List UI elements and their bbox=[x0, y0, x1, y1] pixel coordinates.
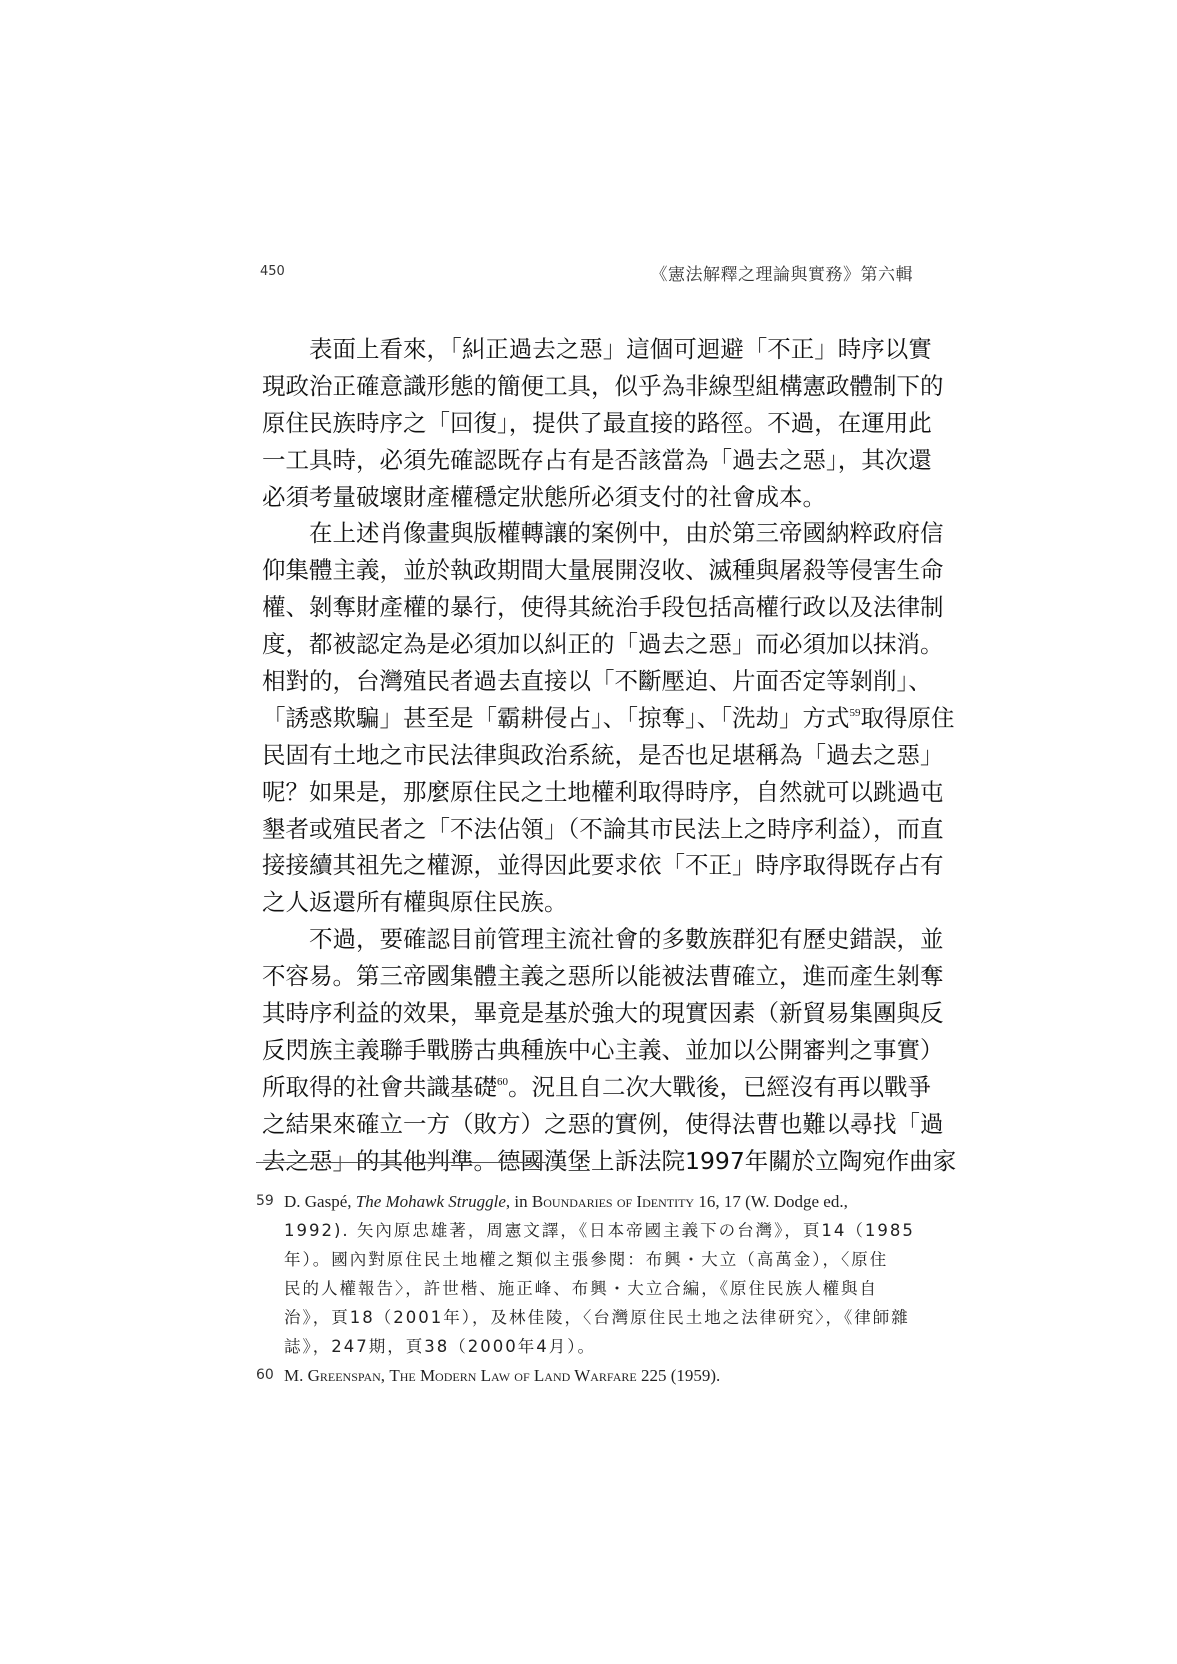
page-number: 450 bbox=[260, 264, 285, 279]
footnote-author: M. Greenspan, bbox=[284, 1366, 385, 1385]
body-line: 一工具時，必須先確認既存占有是否該當為「過去之惡」，其次還 bbox=[262, 442, 914, 479]
body-line: 接接續其祖先之權源，並得因此要求依「不正」時序取得既存占有 bbox=[262, 847, 914, 884]
body-line: 權、剝奪財產權的暴行，使得其統治手段包括高權行政以及法律制 bbox=[262, 589, 914, 626]
footnote-citation: 225 (1959). bbox=[637, 1366, 721, 1385]
body-line: 必須考量破壞財產權穩定狀態所必須支付的社會成本。 bbox=[262, 479, 914, 516]
body-line: 之結果來確立一方（敗方）之惡的實例，使得法曹也難以尋找「過 bbox=[262, 1106, 914, 1143]
body-line: 不過，要確認目前管理主流社會的多數族群犯有歷史錯誤，並 bbox=[262, 921, 914, 958]
body-line: 仰集體主義，並於執政期間大量展開沒收、滅種與屠殺等侵害生命 bbox=[262, 552, 914, 589]
footnote-line: M. Greenspan, The Modern Law of Land War… bbox=[284, 1361, 916, 1390]
body-line: 之人返還所有權與原住民族。 bbox=[262, 884, 914, 921]
footnote-ref-59[interactable]: 59 bbox=[850, 707, 861, 719]
footnote-59: 59 D. Gaspé, The Mohawk Struggle, in Bou… bbox=[256, 1187, 916, 1361]
body-line: 度，都被認定為是必須加以糾正的「過去之惡」而必須加以抹消。 bbox=[262, 626, 914, 663]
footnote-60: 60 M. Greenspan, The Modern Law of Land … bbox=[256, 1361, 916, 1390]
body-line: 其時序利益的效果，畢竟是基於強大的現實因素（新貿易集團與反 bbox=[262, 995, 914, 1032]
body-line: 表面上看來，「糾正過去之惡」這個可迴避「不正」時序以實 bbox=[262, 331, 914, 368]
body-line: 所取得的社會共識基礎60。況且自二次大戰後，已經沒有再以戰爭 bbox=[262, 1069, 914, 1106]
footnote-line: 1992). 矢內原忠雄著，周憲文譯，《日本帝國主義下の台灣》，頁14（1985 bbox=[284, 1216, 916, 1245]
footnote-divider bbox=[256, 1162, 546, 1163]
body-line: 不容易。第三帝國集體主義之惡所以能被法曹確立，進而產生剝奪 bbox=[262, 958, 914, 995]
body-line: 墾者或殖民者之「不法佔領」（不論其市民法上之時序利益），而直 bbox=[262, 811, 914, 848]
footnote-article-title: The Mohawk Struggle bbox=[356, 1192, 506, 1211]
body-line-text: 所取得的社會共識基礎 bbox=[262, 1073, 497, 1101]
body-line: 「誘惑欺騙」甚至是「霸耕侵占」、「掠奪」、「洗劫」方式59取得原住 bbox=[262, 700, 914, 737]
body-line-text: 取得原住 bbox=[861, 704, 955, 732]
running-title: 《憲法解釋之理論與實務》第六輯 bbox=[651, 260, 914, 285]
footnote-ref-60[interactable]: 60 bbox=[497, 1076, 508, 1088]
footnote-book-title: Boundaries of Identity bbox=[532, 1192, 694, 1211]
footnote-number: 59 bbox=[256, 1187, 274, 1216]
body-line: 相對的，台灣殖民者過去直接以「不斷壓迫、片面否定等剝削」、 bbox=[262, 663, 914, 700]
footnote-in: , in bbox=[506, 1192, 532, 1211]
footnote-line: 年）。國內對原住民土地權之類似主張參閱：布興・大立（高萬金），〈原住 bbox=[284, 1245, 916, 1274]
footnote-citation: 16, 17 (W. Dodge ed., bbox=[694, 1192, 848, 1211]
body-line: 反閃族主義聯手戰勝古典種族中心主義、並加以公開審判之事實） bbox=[262, 1032, 914, 1069]
body-line: 現政治正確意識形態的簡便工具，似乎為非線型組構憲政體制下的 bbox=[262, 368, 914, 405]
body-line: 民固有土地之市民法律與政治系統，是否也足堪稱為「過去之惡」 bbox=[262, 737, 914, 774]
footnote-author: D. Gaspé, bbox=[284, 1192, 352, 1211]
body-line-text: 「誘惑欺騙」甚至是「霸耕侵占」、「掠奪」、「洗劫」方式 bbox=[262, 704, 850, 732]
body-line: 呢？如果是，那麼原住民之土地權利取得時序，自然就可以跳過屯 bbox=[262, 774, 914, 811]
footnote-number: 60 bbox=[256, 1361, 274, 1390]
body-line: 原住民族時序之「回復」，提供了最直接的路徑。不過，在運用此 bbox=[262, 405, 914, 442]
footnote-line: 治》，頁18（2001年），及林佳陵，〈台灣原住民土地之法律研究〉，《律師雜 bbox=[284, 1303, 916, 1332]
body-line-text: 。況且自二次大戰後，已經沒有再以戰爭 bbox=[508, 1073, 931, 1101]
body-text: 表面上看來，「糾正過去之惡」這個可迴避「不正」時序以實 現政治正確意識形態的簡便… bbox=[262, 331, 914, 1179]
footnote-line: 誌》，247期，頁38（2000年4月）。 bbox=[284, 1332, 916, 1361]
footnotes: 59 D. Gaspé, The Mohawk Struggle, in Bou… bbox=[256, 1187, 916, 1390]
footnote-line: D. Gaspé, The Mohawk Struggle, in Bounda… bbox=[284, 1187, 916, 1216]
footnote-book-title: The Modern Law of Land Warfare bbox=[389, 1366, 636, 1385]
body-line: 在上述肖像畫與版權轉讓的案例中，由於第三帝國納粹政府信 bbox=[262, 515, 914, 552]
footnote-line: 民的人權報告〉，許世楷、施正峰、布興・大立合編，《原住民族人權與自 bbox=[284, 1274, 916, 1303]
